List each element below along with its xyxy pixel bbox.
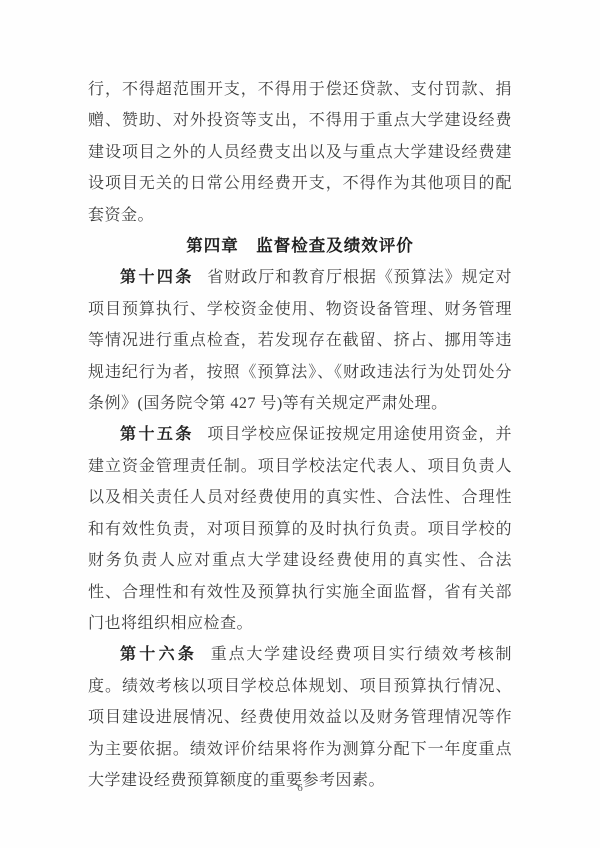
paragraph-article-16: 第十六条重点大学建设经费项目实行绩效考核制度。绩效考核以项目学校总体规划、项目预… (88, 639, 512, 796)
article-16-text: 重点大学建设经费项目实行绩效考核制度。绩效考核以项目学校总体规划、项目预算执行情… (88, 646, 512, 789)
paragraph-continuation: 行，不得超范围开支，不得用于偿还贷款、支付罚款、捐赠、赞助、对外投资等支出，不得… (88, 74, 512, 231)
article-15-label: 第十五条 (120, 426, 194, 443)
paragraph-article-14: 第十四条省财政厅和教育厅根据《预算法》规定对项目预算执行、学校资金使用、物资设备… (88, 262, 512, 419)
chapter-heading: 第四章 监督检查及绩效评价 (88, 231, 512, 262)
page-number: 6 (0, 782, 600, 794)
article-14-label: 第十四条 (120, 269, 194, 286)
document-content: 行，不得超范围开支，不得用于偿还贷款、支付罚款、捐赠、赞助、对外投资等支出，不得… (88, 74, 512, 796)
paragraph-article-15: 第十五条项目学校应保证按规定用途使用资金，并建立资金管理责任制。项目学校法定代表… (88, 419, 512, 639)
article-16-label: 第十六条 (120, 646, 197, 663)
article-15-text: 项目学校应保证按规定用途使用资金，并建立资金管理责任制。项目学校法定代表人、项目… (88, 426, 512, 631)
document-page: 行，不得超范围开支，不得用于偿还贷款、支付罚款、捐赠、赞助、对外投资等支出，不得… (0, 0, 600, 848)
article-14-text: 省财政厅和教育厅根据《预算法》规定对项目预算执行、学校资金使用、物资设备管理、财… (88, 269, 512, 412)
